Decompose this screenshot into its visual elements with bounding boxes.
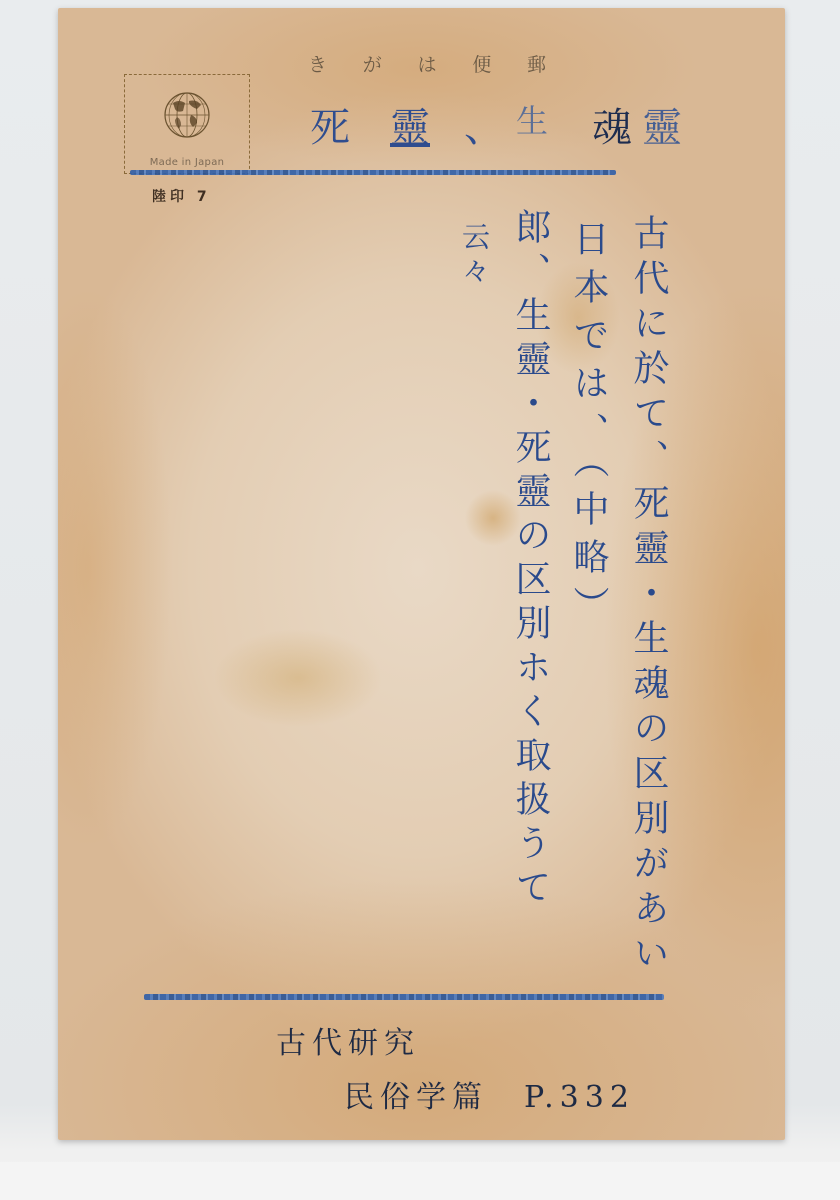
postcard: き が は 便 郵 Made in Japan 陸印 7 死 靈 、 生 魂 靈 (58, 8, 785, 1140)
made-in-label: Made in Japan (125, 157, 249, 168)
page-bottom-band (0, 1162, 840, 1200)
body-column: 日本では、（中略） (570, 220, 606, 634)
body-column: 云々 (460, 222, 488, 290)
stamp-box: Made in Japan (124, 74, 250, 174)
body-column: 郎、生靈・死靈の区別ホく取扱うて (512, 208, 548, 912)
header-ink-underline (130, 170, 616, 175)
print-code: 陸印 7 (152, 186, 211, 206)
heading-char: 、 (464, 96, 504, 156)
printed-header-char: 郵 (527, 50, 548, 77)
footer-source-title: 古代研究 (276, 1018, 420, 1062)
printed-header-char: き (308, 50, 329, 77)
footer-source-detail: 民俗学篇 P.332 (344, 1072, 635, 1116)
printed-header-char: が (363, 50, 384, 77)
body-column: 古代に於て、死靈・生魂の区別があい (630, 214, 666, 979)
printed-header-char: 便 (472, 50, 493, 77)
heading-char: 靈 (390, 96, 430, 156)
heading-char: 生 (516, 96, 548, 156)
heading-char: 靈 (642, 96, 682, 156)
globe-icon (163, 91, 211, 139)
printed-header: き が は 便 郵 (308, 50, 548, 77)
heading-char: 魂 (592, 96, 632, 156)
footer-ink-line (144, 994, 664, 1000)
printed-header-char: は (417, 50, 438, 77)
heading-char: 死 (310, 96, 350, 156)
